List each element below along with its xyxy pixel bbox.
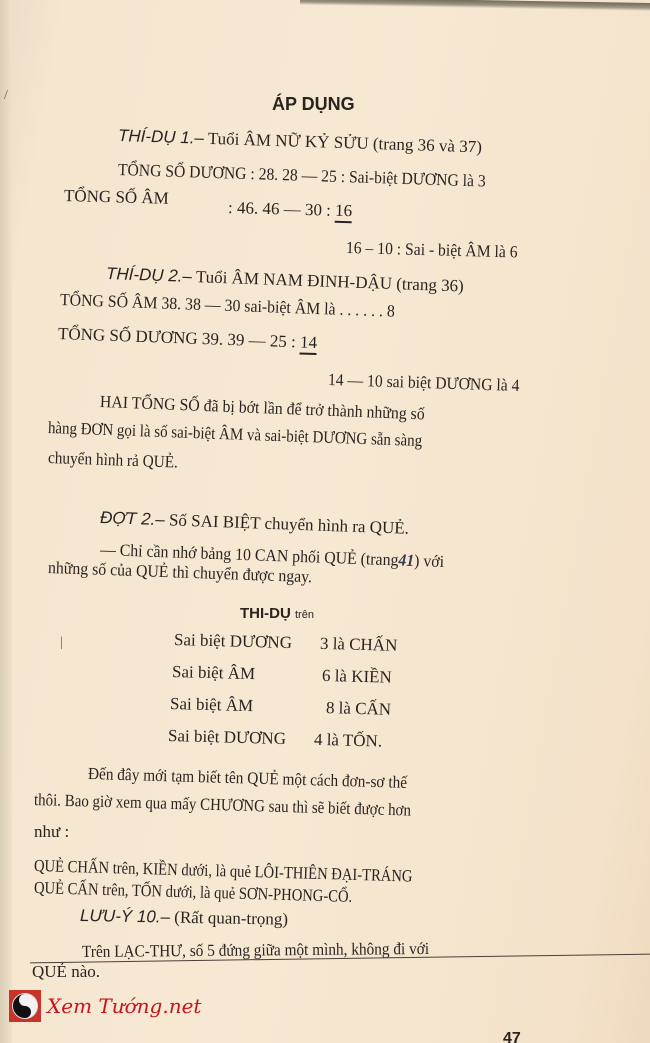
example-1-label: THÍ-DỤ 1.– <box>118 126 205 148</box>
book-page: / | ÁP DỤNG THÍ-DỤ 1.– Tuổi ÂM NỮ KỶ SỬU… <box>0 0 650 1043</box>
example-1-am-label: TỔNG SỐ ÂM <box>64 186 169 209</box>
note-label: LƯU-Ý 10.– <box>80 906 170 927</box>
am-calc-text: : 46. 46 — 30 : <box>228 198 331 220</box>
example-3-row: Sai biệt DƯƠNG4 là TỐN. <box>168 726 383 752</box>
note-heading: LƯU-Ý 10.– (Rất quan-trọng) <box>80 906 288 930</box>
row-left: Sai biệt DƯƠNG <box>174 630 320 654</box>
example-2-am-line: TỔNG SỐ ÂM 38. 38 — 30 sai-biệt ÂM là . … <box>60 290 396 322</box>
example-1-am-calc: : 46. 46 — 30 : 16 <box>228 198 353 221</box>
row-right: 4 là TỐN. <box>314 730 383 751</box>
paragraph-3-line: như : <box>34 822 69 842</box>
example-2-duong-diff: 14 — 10 sai biệt DƯƠNG là 4 <box>328 370 520 396</box>
example-1-am-diff: 16 – 10 : Sai - biệt ÂM là 6 <box>346 238 518 262</box>
paragraph-3-line: thôi. Bao giờ xem qua mấy CHƯƠNG sau thì… <box>34 790 412 821</box>
example-3-row: Sai biệt ÂM8 là CẤN <box>170 694 392 720</box>
step-2-heading: ĐỢT 2.– Số SAI BIỆT chuyển hình ra QUẺ. <box>100 508 410 539</box>
example-2-label: THÍ-DỤ 2.– <box>106 264 193 286</box>
example-1-heading: THÍ-DỤ 1.– Tuổi ÂM NỮ KỶ SỬU (trang 36 v… <box>118 126 483 157</box>
page-title: ÁP DỤNG <box>272 94 355 114</box>
row-left: Sai biệt ÂM <box>172 662 322 686</box>
example-2-heading: THÍ-DỤ 2.– Tuổi ÂM NAM ĐINH-DẬU (trang 3… <box>106 264 464 296</box>
step-2-label: ĐỢT 2.– <box>100 508 165 529</box>
example-3-row: Sai biệt ÂM6 là KIỀN <box>172 662 392 688</box>
paragraph-1-line: hàng ĐƠN gọi là số sai-biệt ÂM và sai-bi… <box>48 418 423 451</box>
example-1-duong-line: TỔNG SỐ DƯƠNG : 28. 28 — 25 : Sai-biệt D… <box>118 160 486 192</box>
step-2-text: Số SAI BIỆT chuyển hình ra QUẺ. <box>169 510 410 537</box>
note-text: (Rất quan-trọng) <box>174 908 288 929</box>
paragraph-1-line: HAI TỔNG SỐ đã bị bớt lần để trở thành n… <box>100 392 425 424</box>
handwritten-page-number: 41 <box>398 550 414 570</box>
example-1-text: Tuổi ÂM NỮ KỶ SỬU (trang 36 và 37) <box>208 129 483 157</box>
duong-calc-text: TỔNG SỐ DƯƠNG 39. 39 — 25 : <box>58 324 296 351</box>
row-left: Sai biệt DƯƠNG <box>168 726 314 750</box>
am-result: 16 <box>335 201 353 223</box>
paragraph-4-line: QUẺ nào. <box>32 962 100 982</box>
example-3-label: THI-DỤ <box>240 605 291 622</box>
example-2-text: Tuổi ÂM NAM ĐINH-DẬU (trang 36) <box>196 267 465 295</box>
duong-result: 14 <box>300 332 318 355</box>
margin-mark: | <box>60 635 63 651</box>
margin-mark: / <box>4 88 8 104</box>
paragraph-3-line: Đến đây mới tạm biết tên QUẺ một cách đơ… <box>88 764 408 793</box>
logo-box <box>9 990 41 1022</box>
example-3-suffix: trên <box>295 609 314 621</box>
row-right: 3 là CHẤN <box>320 634 398 655</box>
example-3-row: Sai biệt DƯƠNG3 là CHẤN <box>174 630 398 656</box>
watermark-logo[interactable]: Xem Tướng.net <box>9 990 201 1022</box>
page-number: 47 <box>503 1030 521 1043</box>
row-right: 6 là KIỀN <box>322 666 392 687</box>
paragraph-2-text-after: ) với <box>414 551 445 571</box>
row-left: Sai biệt ÂM <box>170 694 326 718</box>
example-2-duong-calc: TỔNG SỐ DƯƠNG 39. 39 — 25 : 14 <box>58 324 318 353</box>
paragraph-1-line: chuyển hình rả QUẺ. <box>48 448 179 473</box>
row-right: 8 là CẤN <box>326 698 392 719</box>
watermark-text: Xem Tướng.net <box>47 994 201 1018</box>
example-3-heading: THI-DỤ trên <box>240 604 314 625</box>
page-shadow <box>300 0 650 11</box>
page-edge <box>0 0 12 1043</box>
yin-yang-icon <box>12 993 38 1019</box>
